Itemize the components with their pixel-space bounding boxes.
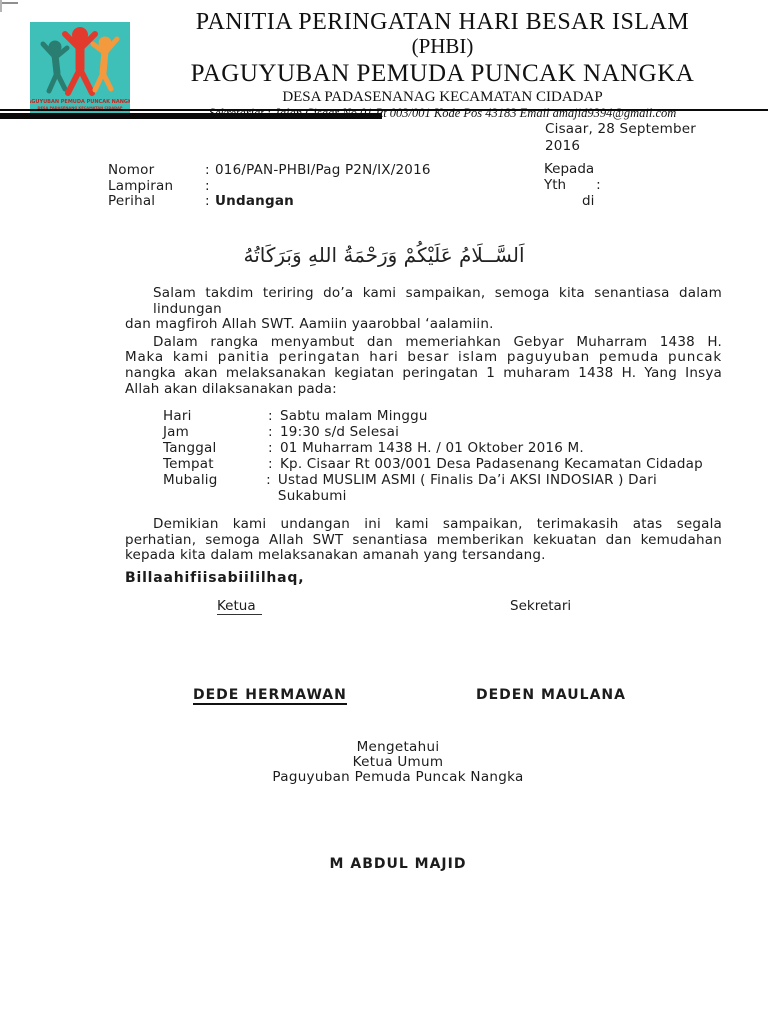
closing-tagline: Billaahifiisabiililhaq, xyxy=(125,571,722,587)
logo-caption-line1: PAGUYUBAN PEMUDA PUNCAK NANGKA xyxy=(30,99,130,105)
body-line: Maka kami panitia peringatan hari besar … xyxy=(125,350,722,366)
tanggal-colon: : xyxy=(268,440,280,456)
paragraph-event: Dalam rangka menyambut dan memeriahkan G… xyxy=(125,335,722,397)
header-divider-thick xyxy=(0,113,382,119)
jam-colon: : xyxy=(268,424,280,440)
paragraph-opening: Salam takdim teriring do’a kami sampaika… xyxy=(125,286,722,333)
tempat-label: Tempat xyxy=(163,456,268,472)
acknowledgement-block: Mengetahui Ketua Umum Paguyuban Pemuda P… xyxy=(14,740,768,784)
people-logo-icon: PAGUYUBAN PEMUDA PUNCAK NANGKA DESA PADA… xyxy=(30,22,130,116)
body-line: Allah akan dilaksanakan pada: xyxy=(125,382,722,398)
recipient-colon: : xyxy=(596,177,601,193)
mubalig-label: Mubalig xyxy=(163,472,266,504)
perihal-value: Undangan xyxy=(215,194,294,210)
committee-abbreviation: (PHBI) xyxy=(145,35,740,57)
recipient-yth-line: Yth: xyxy=(544,177,601,193)
body-line: kepada kita dalam melaksanakan amanah ya… xyxy=(125,548,722,564)
perihal-colon: : xyxy=(205,194,215,210)
hari-value: Sabtu malam Minggu xyxy=(280,408,428,424)
detail-row-hari: Hari : Sabtu malam Minggu xyxy=(163,408,722,424)
hari-colon: : xyxy=(268,408,280,424)
paragraph-closing: Demikian kami undangan ini kami sampaika… xyxy=(125,517,722,564)
recipient-yth: Yth xyxy=(544,177,566,193)
event-details-list: Hari : Sabtu malam Minggu Jam : 19:30 s/… xyxy=(163,408,722,504)
meta-row-lampiran: Lampiran : xyxy=(108,179,508,195)
detail-row-tempat: Tempat : Kp. Cisaar Rt 003/001 Desa Pada… xyxy=(163,456,722,472)
lampiran-label: Lampiran xyxy=(108,179,205,195)
chairman-role-label: Ketua xyxy=(217,598,262,615)
recipient-di: di xyxy=(582,193,601,209)
detail-row-mubalig: Mubalig : Ustad MUSLIM ASMI ( Finalis Da… xyxy=(163,472,722,504)
place-date: Cisaar, 28 September 2016 xyxy=(545,121,703,155)
jam-value: 19:30 s/d Selesai xyxy=(280,424,399,440)
body-line: dan magfiroh Allah SWT. Aamiin yaarobbal… xyxy=(125,317,722,333)
detail-row-jam: Jam : 19:30 s/d Selesai xyxy=(163,424,722,440)
nomor-label: Nomor xyxy=(108,163,205,179)
mubalig-value: Ustad MUSLIM ASMI ( Finalis Da’i AKSI IN… xyxy=(278,472,722,504)
organization-name: PAGUYUBAN PEMUDA PUNCAK NANGKA xyxy=(145,60,740,87)
letterhead: PANITIA PERINGATAN HARI BESAR ISLAM (PHB… xyxy=(145,10,740,120)
scan-artifact xyxy=(0,2,18,4)
arabic-salutation: اَلسَّــلَامُ عَلَيْكُمْ وَرَحْمَةُ الله… xyxy=(0,238,768,272)
meta-row-perihal: Perihal : Undangan xyxy=(108,194,508,210)
tanggal-label: Tanggal xyxy=(163,440,268,456)
detail-row-tanggal: Tanggal : 01 Muharram 1438 H. / 01 Oktob… xyxy=(163,440,722,456)
body-line: perhatian, semoga Allah SWT senantiasa m… xyxy=(125,533,722,549)
secretary-role-label: Sekretari xyxy=(510,598,571,614)
chairman-name: DEDE HERMAWAN xyxy=(193,687,347,705)
mubalig-colon: : xyxy=(266,472,278,504)
tanggal-value: 01 Muharram 1438 H. / 01 Oktober 2016 M. xyxy=(280,440,584,456)
ack-ketua-umum: Ketua Umum xyxy=(14,755,768,770)
general-chairman-name: M ABDUL MAJID xyxy=(14,856,768,872)
body-line: nangka akan melaksanakan kegiatan pering… xyxy=(125,366,722,382)
hari-label: Hari xyxy=(163,408,268,424)
recipient-block: Kepada Yth: di xyxy=(544,161,601,209)
ack-organization: Paguyuban Pemuda Puncak Nangka xyxy=(14,770,768,785)
body-line: Dalam rangka menyambut dan memeriahkan G… xyxy=(125,335,722,351)
organization-logo: PAGUYUBAN PEMUDA PUNCAK NANGKA DESA PADA… xyxy=(30,22,130,116)
tempat-colon: : xyxy=(268,456,280,472)
committee-title: PANITIA PERINGATAN HARI BESAR ISLAM xyxy=(145,10,740,35)
perihal-label: Perihal xyxy=(108,194,205,210)
village-subtitle: DESA PADASENANAG KECAMATAN CIDADAP xyxy=(145,89,740,106)
body-line: Salam takdim teriring do’a kami sampaika… xyxy=(125,286,722,302)
letter-page: PAGUYUBAN PEMUDA PUNCAK NANGKA DESA PADA… xyxy=(0,0,768,1024)
secretary-name: DEDEN MAULANA xyxy=(476,687,626,703)
ack-mengetahui: Mengetahui xyxy=(14,740,768,755)
letter-body: Salam takdim teriring do’a kami sampaika… xyxy=(125,286,722,587)
lampiran-colon: : xyxy=(205,179,215,195)
jam-label: Jam xyxy=(163,424,268,440)
tempat-value: Kp. Cisaar Rt 003/001 Desa Padasenang Ke… xyxy=(280,456,703,472)
meta-row-nomor: Nomor : 016/PAN-PHBI/Pag P2N/IX/2016 xyxy=(108,163,508,179)
letter-meta-fields: Nomor : 016/PAN-PHBI/Pag P2N/IX/2016 Lam… xyxy=(108,163,508,210)
recipient-kepada: Kepada xyxy=(544,161,601,177)
body-line: Demikian kami undangan ini kami sampaika… xyxy=(125,517,722,533)
scan-artifact xyxy=(0,0,2,12)
body-line: lindungan xyxy=(125,302,722,318)
nomor-colon: : xyxy=(205,163,215,179)
nomor-value: 016/PAN-PHBI/Pag P2N/IX/2016 xyxy=(215,163,431,179)
header-divider-thin xyxy=(0,109,768,111)
